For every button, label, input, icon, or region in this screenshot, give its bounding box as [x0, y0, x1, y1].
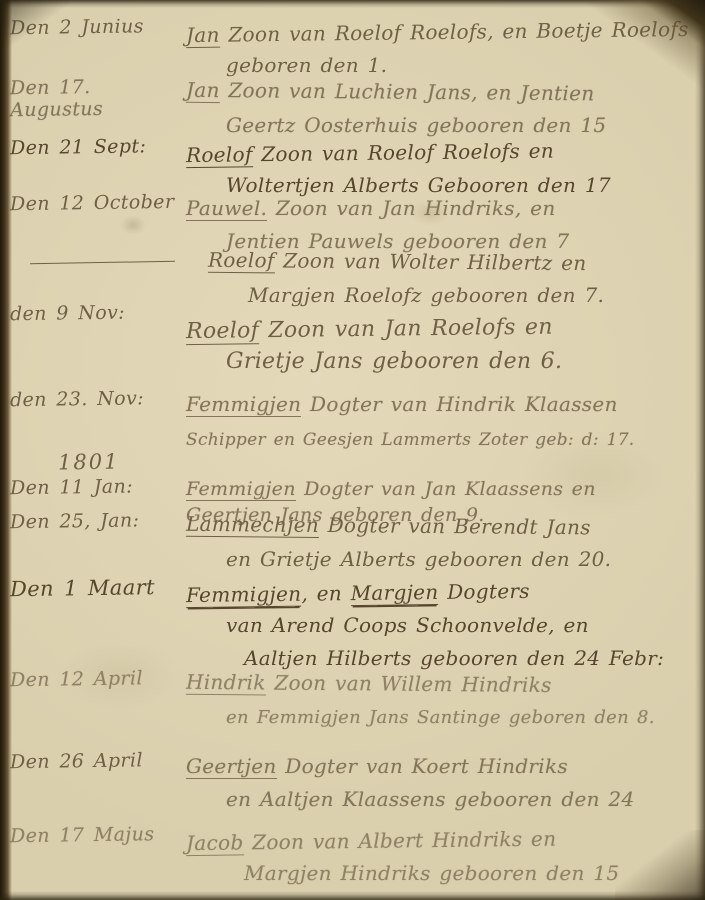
- child-name: Femmigjen: [186, 392, 301, 417]
- entry-line: Margjen Roelofz gebooren den 7.: [248, 279, 705, 312]
- page-corner-top-left: [0, 0, 70, 50]
- child-name: Jan: [186, 78, 220, 103]
- child-name: Margjen: [351, 580, 439, 606]
- entry-text: Dogter van Koert Hindriks: [277, 754, 568, 778]
- entry-line: Roelof Zoon van Jan Roelofs en: [186, 309, 691, 348]
- entry-text: Zoon van Wolter Hilbertz en: [274, 248, 586, 275]
- entry-line: Hindrik Zoon van Willem Hindriks: [186, 666, 691, 703]
- entry-line: Roelof Zoon van Roelof Roelofs en: [186, 133, 691, 172]
- entry-line: en Aaltjen Klaassens gebooren den 24: [226, 783, 691, 816]
- entry-text: Dogter van Berendt Jans: [319, 513, 591, 539]
- entry-text: Zoon van Willem Hindriks: [266, 670, 552, 696]
- entry-line: van Arend Coops Schoonvelde, en: [226, 609, 691, 642]
- entry-line: Femmigjen Dogter van Hindrik Klaassen: [186, 388, 691, 421]
- year-marker: 1801: [58, 449, 120, 474]
- entry-date: den 9 Nov:: [10, 301, 182, 325]
- entry-date: Den 17 Majus: [10, 823, 182, 847]
- child-name: Roelof: [208, 248, 275, 274]
- entry-line: Roelof Zoon van Wolter Hilbertz en: [208, 244, 705, 281]
- child-name: Roelof: [186, 318, 259, 345]
- entry-date: Den 12 October: [10, 191, 182, 215]
- entry-text: Dogter van Hindrik Klaassen: [301, 392, 617, 416]
- entry-line: Lammechjen Dogter van Berendt Jans: [186, 508, 691, 545]
- entry-text: Zoon van Albert Hindriks en: [243, 827, 556, 855]
- child-name: Hindrik: [186, 670, 266, 696]
- child-name: Geertjen: [186, 754, 277, 779]
- entry-date: Den 1 Maart: [10, 575, 182, 601]
- entry-date: Den 26 April: [10, 749, 182, 773]
- entry-date: den 23. Nov:: [10, 387, 182, 411]
- entry-text: Zoon van Luchien Jans, en Jentien: [220, 78, 595, 105]
- entry-text: Dogters: [438, 579, 530, 604]
- entry-line: Femmigjen, en Margjen Dogters: [186, 573, 691, 612]
- entry-line: Femmigjen Dogter van Jan Klaassens en: [186, 476, 691, 502]
- entry-text: Zoon van Roelof Roelofs en: [252, 139, 554, 167]
- entry-line: Geertjen Dogter van Koert Hindriks: [186, 750, 691, 783]
- entry-line: Schipper en Geesjen Lammerts Zoter geb: …: [186, 421, 691, 459]
- child-name: Lammechjen: [186, 512, 319, 538]
- book-edge-right: [695, 0, 705, 900]
- entry-text: Dogter van Jan Klaassens en: [296, 478, 596, 500]
- entry-date: Den 21 Sept:: [10, 135, 182, 159]
- child-name: Pauwel.: [186, 196, 267, 221]
- entry-date: Den 12 April: [10, 667, 182, 691]
- entry-line: en Grietje Alberts gebooren den 20.: [226, 543, 691, 576]
- entry-date: Den 25, Jan:: [10, 509, 182, 533]
- entry-line: en Femmigjen Jans Santinge geboren den 8…: [226, 701, 691, 734]
- page-corner-top-right: [575, 0, 705, 95]
- entry-text: , en: [301, 581, 351, 606]
- entry-text: Zoon van Jan Roelofs en: [259, 315, 553, 344]
- child-name: Jacob: [186, 830, 244, 856]
- child-name: Femmigjen: [186, 478, 296, 501]
- entry-text: Zoon van Jan Hindriks, en: [267, 196, 555, 220]
- entry-line: Pauwel. Zoon van Jan Hindriks, en: [186, 192, 691, 225]
- entry-date: Den 11 Jan:: [10, 475, 182, 499]
- book-edge-bottom: [0, 891, 705, 900]
- child-name: Roelof: [186, 142, 253, 168]
- entry-date: Den 17. Augustus: [10, 75, 183, 121]
- page-corner-bottom-right: [615, 830, 705, 900]
- entry-line: Grietje Jans gebooren den 6.: [226, 345, 691, 378]
- child-name: Jan: [186, 23, 220, 48]
- book-edge-left: [0, 0, 12, 900]
- child-name: Femmigjen: [186, 582, 302, 608]
